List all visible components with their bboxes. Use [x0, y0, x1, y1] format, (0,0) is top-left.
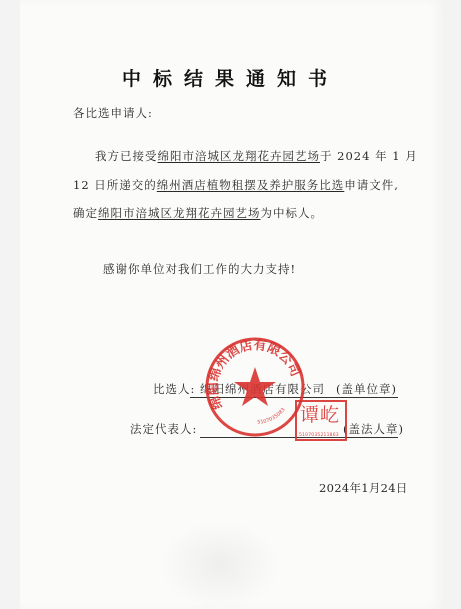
legal-rep-label: 法定代表人: — [130, 422, 197, 436]
legal-rep-note: (盖法人章) — [343, 422, 404, 436]
selector-label: 比选人: — [153, 382, 195, 396]
text-suffix: 于 2024 年 1 月 — [320, 149, 418, 163]
winner-name: 绵阳市涪城区龙翔花卉园艺场 — [158, 149, 321, 163]
paper-shadow — [160, 520, 280, 609]
selector-note: (盖单位章) — [336, 382, 397, 396]
text-suffix: 为中标人。 — [261, 206, 324, 220]
paragraph-line-3: 确定绵阳市涪城区龙翔花卉园艺场为中标人。 — [73, 206, 323, 220]
seal-star-icon: 绵阳绵州酒店有限公司 5107035083 — [203, 335, 307, 439]
text-prefix: 12 日所递交的 — [73, 178, 157, 192]
personal-seal-name: 谭屹 — [300, 402, 340, 428]
salutation: 各比选申请人: — [73, 106, 153, 120]
personal-seal-code: 5107035211863 — [299, 433, 339, 438]
text-prefix: 我方已接受 — [95, 149, 158, 163]
svg-text:5107035083: 5107035083 — [257, 407, 286, 426]
document-date: 2024年1月24日 — [319, 481, 408, 495]
scanned-paper — [20, 0, 443, 609]
project-name: 绵州酒店植物租摆及养护服务比选 — [157, 178, 345, 192]
document-title: 中标结果通知书 — [0, 64, 461, 91]
text-prefix: 确定 — [73, 206, 98, 220]
personal-seal: 谭屹 5107035211863 — [295, 400, 347, 441]
paragraph-line-2: 12 日所递交的绵州酒店植物租摆及养护服务比选申请文件, — [73, 178, 399, 192]
text-suffix: 申请文件, — [344, 178, 399, 192]
company-seal: 绵阳绵州酒店有限公司 5107035083 — [203, 335, 307, 439]
thanks-text: 感谢你单位对我们工作的大力支持! — [103, 262, 296, 276]
paragraph-line-1: 我方已接受绵阳市涪城区龙翔花卉园艺场于 2024 年 1 月 — [95, 149, 418, 163]
winner-name: 绵阳市涪城区龙翔花卉园艺场 — [98, 206, 261, 220]
